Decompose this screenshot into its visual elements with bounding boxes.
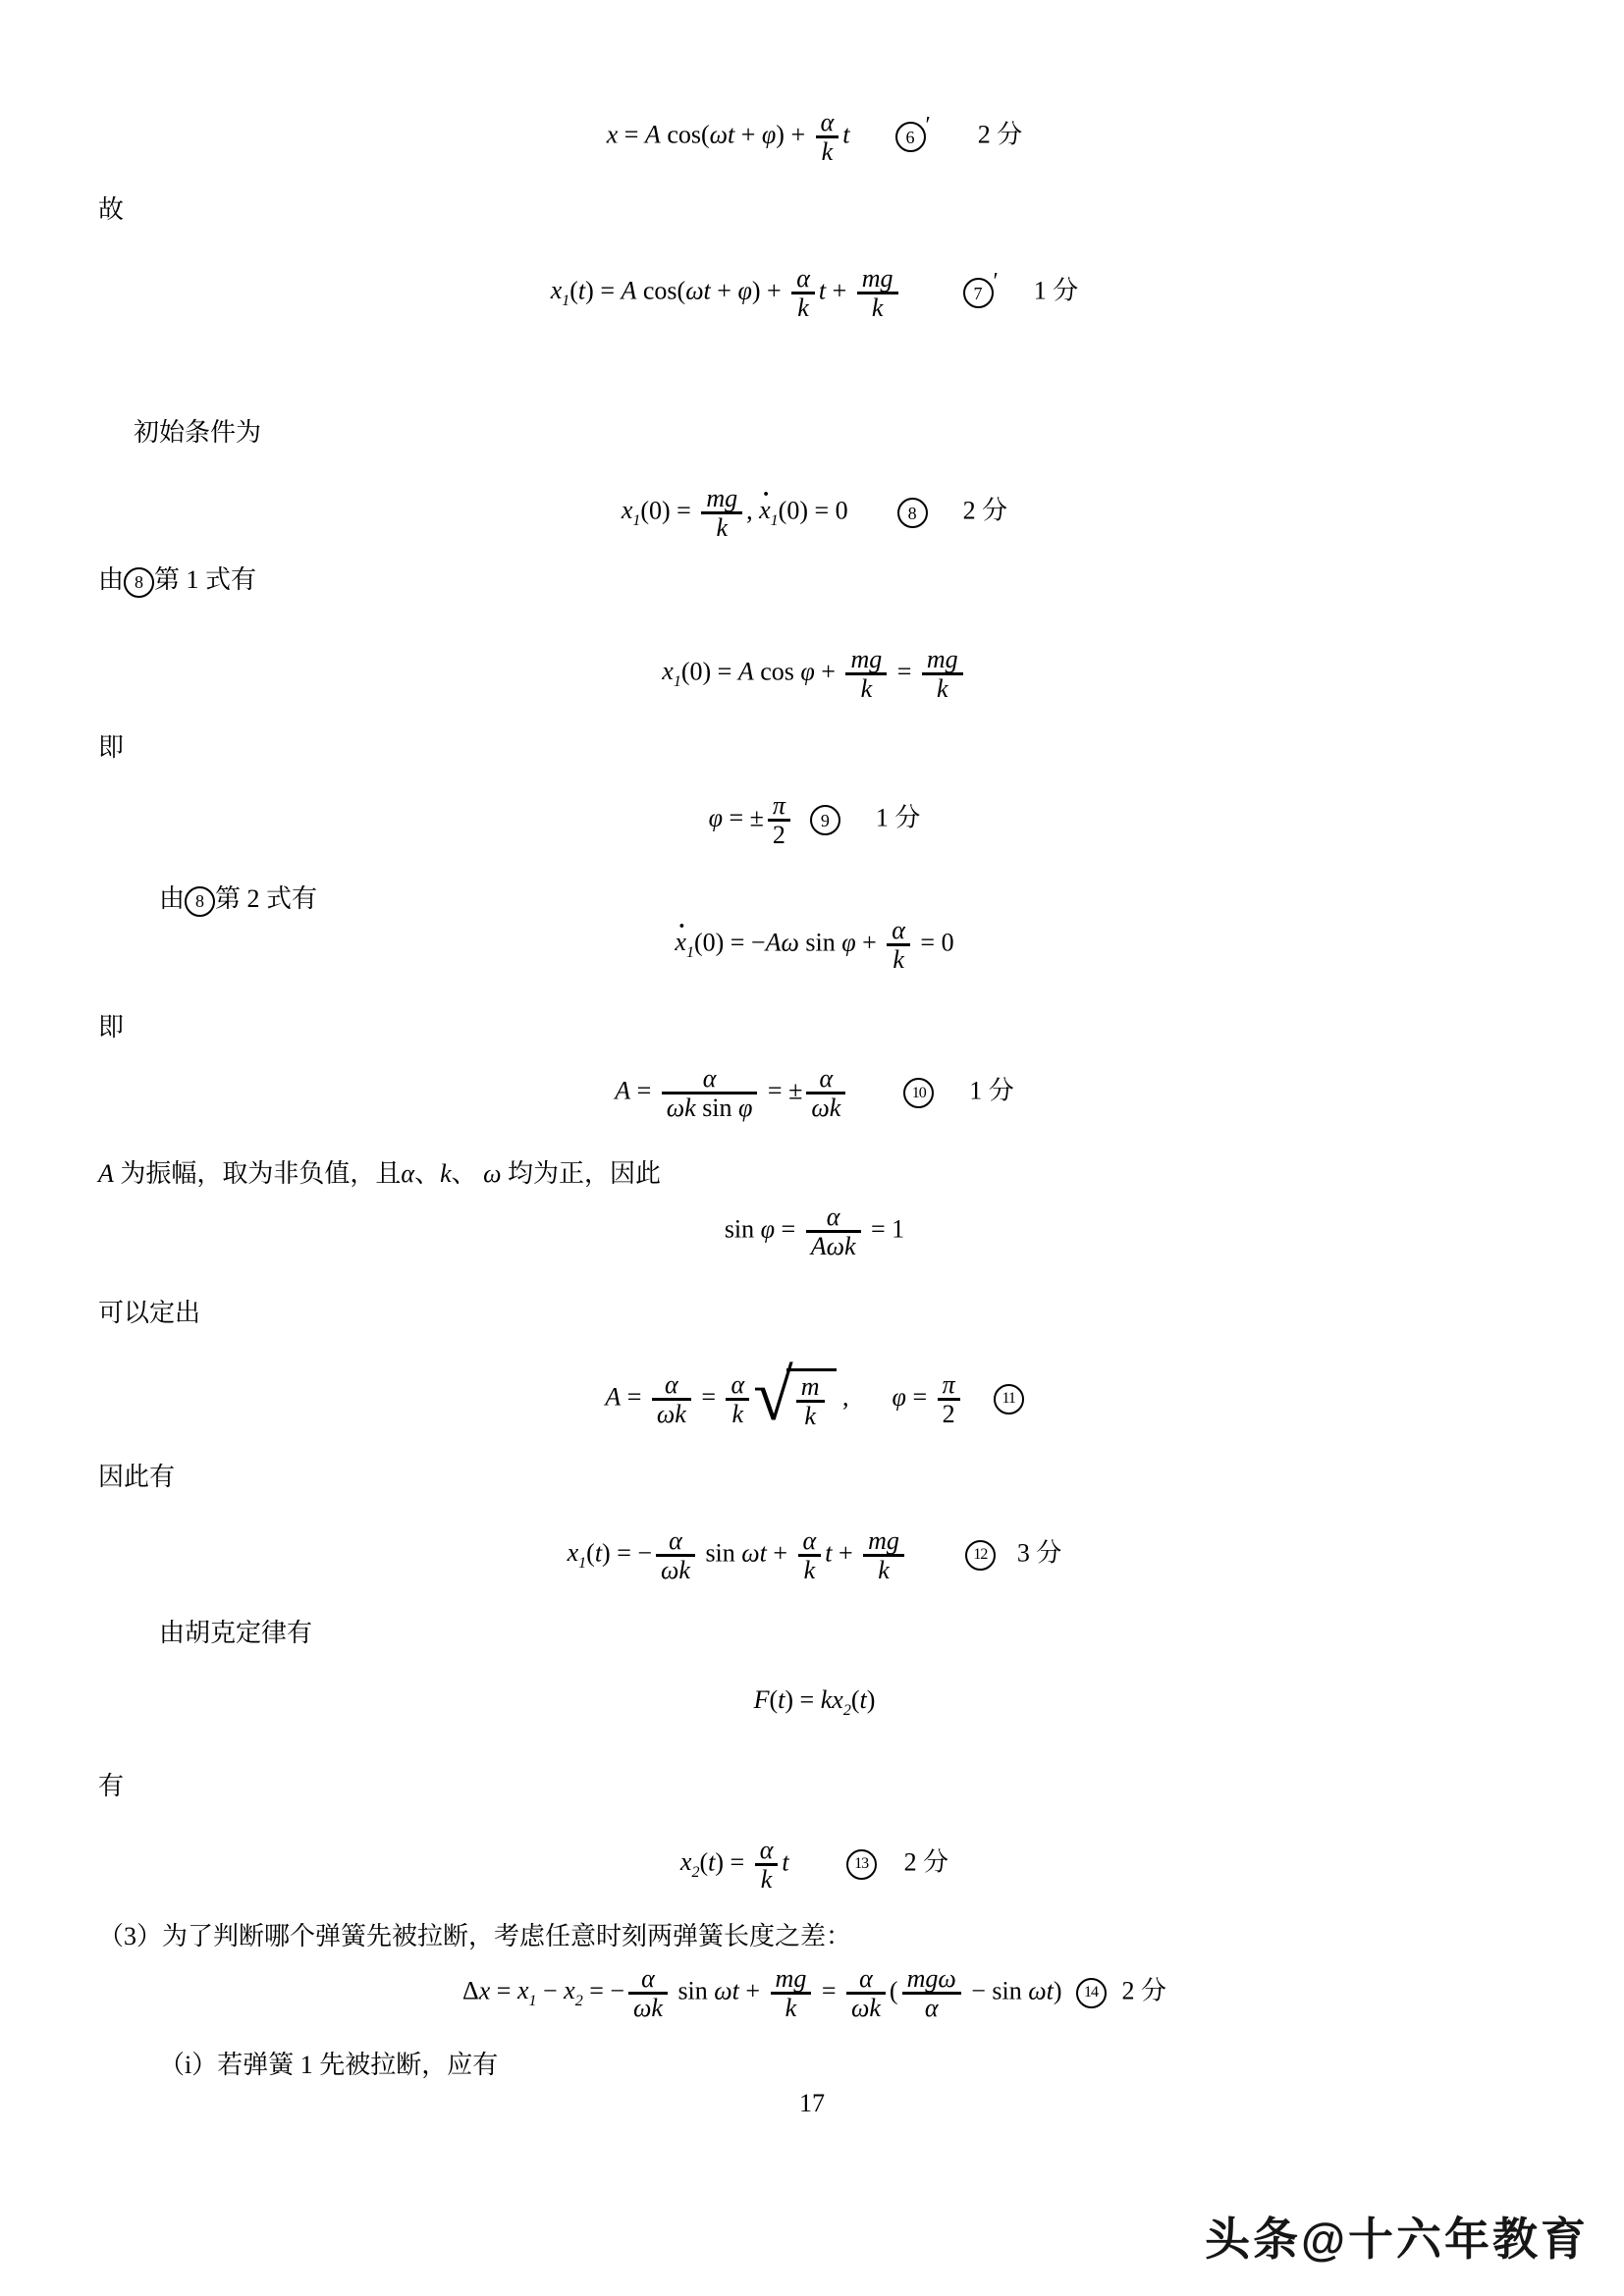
circled-number-13: 13 bbox=[846, 1847, 877, 1876]
circled-number-14: 14 bbox=[1076, 1976, 1107, 2004]
watermark: 头条@十六年教育 bbox=[1205, 2204, 1589, 2269]
fraction: αk bbox=[791, 265, 815, 321]
circled-number-7: 7′ bbox=[963, 276, 999, 304]
circled-number-10: 10 bbox=[903, 1076, 934, 1104]
text-ji-1: 即 bbox=[98, 730, 1531, 766]
fraction: αk bbox=[726, 1371, 749, 1427]
circled-number-9: 9 bbox=[810, 803, 840, 831]
fraction: αωk bbox=[806, 1065, 845, 1121]
circled-number-12: 12 bbox=[965, 1538, 996, 1567]
formula-9: φ = ±π291 分 bbox=[98, 792, 1531, 848]
text-part3-i: （i）若弹簧 1 先被拉断，应有 bbox=[98, 2048, 1531, 2083]
fraction: αωk sin φ bbox=[662, 1065, 758, 1121]
fraction: αk bbox=[798, 1527, 822, 1583]
fraction: π2 bbox=[938, 1371, 960, 1427]
fraction: αωk bbox=[652, 1371, 691, 1427]
formula-12: x1(t) = −αωk sin ωt + αkt + mgk123 分 bbox=[98, 1527, 1531, 1583]
text-ji-2: 即 bbox=[98, 1010, 1531, 1045]
formula-6: x = A cos(ωt + φ) + αkt6′2 分 bbox=[98, 109, 1531, 165]
fraction: αωk bbox=[656, 1527, 695, 1583]
fraction: mgωα bbox=[902, 1965, 961, 2021]
doc-blocks: x = A cos(ωt + φ) + αkt6′2 分故x1(t) = A c… bbox=[0, 0, 1624, 2083]
fraction: αk bbox=[887, 917, 910, 973]
text-gu: 故 bbox=[98, 192, 1531, 228]
circled-number-8: 8 bbox=[185, 884, 215, 913]
fraction: mgk bbox=[857, 265, 898, 321]
page-number: 17 bbox=[0, 2089, 1624, 2118]
text-initial-conditions: 初始条件为 bbox=[98, 415, 1531, 451]
text-from-eq8-second: 由8第 2 式有 bbox=[98, 881, 1531, 917]
square-root: √mk bbox=[753, 1368, 836, 1430]
fraction: αk bbox=[755, 1837, 779, 1893]
formula-x1-0: x1(0) = A cos φ + mgk = mgk bbox=[98, 646, 1531, 702]
fraction: mgk bbox=[845, 646, 887, 702]
fraction: αAωk bbox=[806, 1203, 861, 1259]
text-from-eq8-first: 由8第 1 式有 bbox=[98, 562, 1531, 598]
fraction: mgk bbox=[863, 1527, 904, 1583]
fraction: mgk bbox=[771, 1965, 812, 2021]
fraction: mgk bbox=[701, 485, 742, 541]
fraction: αωk bbox=[628, 1965, 668, 2021]
fraction: mgk bbox=[922, 646, 963, 702]
formula-sin-phi: sin φ = αAωk = 1 bbox=[98, 1203, 1531, 1259]
text-part3: （3）为了判断哪个弹簧先被拉断，考虑任意时刻两弹簧长度之差： bbox=[98, 1919, 1531, 1954]
circled-number-8: 8 bbox=[897, 496, 928, 524]
fraction: αk bbox=[816, 109, 839, 165]
formula-hooke: F(t) = kx2(t) bbox=[98, 1683, 1531, 1728]
formula-11: A = αωk = αk√mk ,φ = π211 bbox=[98, 1368, 1531, 1430]
formula-8: x1(0) = mgk, ·x1(0) = 082 分 bbox=[98, 485, 1531, 541]
text-yinci-you: 因此有 bbox=[98, 1460, 1531, 1495]
circled-number-6: 6′ bbox=[895, 120, 931, 148]
formula-10: A = αωk sin φ = ±αωk101 分 bbox=[98, 1065, 1531, 1121]
circled-number-8: 8 bbox=[124, 565, 154, 594]
circled-number-11: 11 bbox=[994, 1382, 1024, 1411]
text-hooke-law: 由胡克定律有 bbox=[98, 1616, 1531, 1651]
formula-7: x1(t) = A cos(ωt + φ) + αkt + mgk7′1 分 bbox=[98, 265, 1531, 321]
formula-14: Δx = x1 − x2 = −αωk sin ωt + mgk = αωk(m… bbox=[98, 1965, 1531, 2021]
fraction: αωk bbox=[846, 1965, 886, 2021]
formula-x1dot-0: ·x1(0) = −Aω sin φ + αk = 0 bbox=[98, 917, 1531, 973]
text-amplitude-note: A 为振幅，取为非负值，且α、k、 ω 均为正，因此 bbox=[98, 1156, 1531, 1192]
fraction: mk bbox=[796, 1373, 825, 1429]
text-keyi-dingchu: 可以定出 bbox=[98, 1296, 1531, 1331]
fraction: π2 bbox=[768, 792, 790, 848]
formula-13: x2(t) = αkt132 分 bbox=[98, 1837, 1531, 1893]
text-you: 有 bbox=[98, 1769, 1531, 1804]
document-page: x = A cos(ωt + φ) + αkt6′2 分故x1(t) = A c… bbox=[0, 0, 1624, 2296]
